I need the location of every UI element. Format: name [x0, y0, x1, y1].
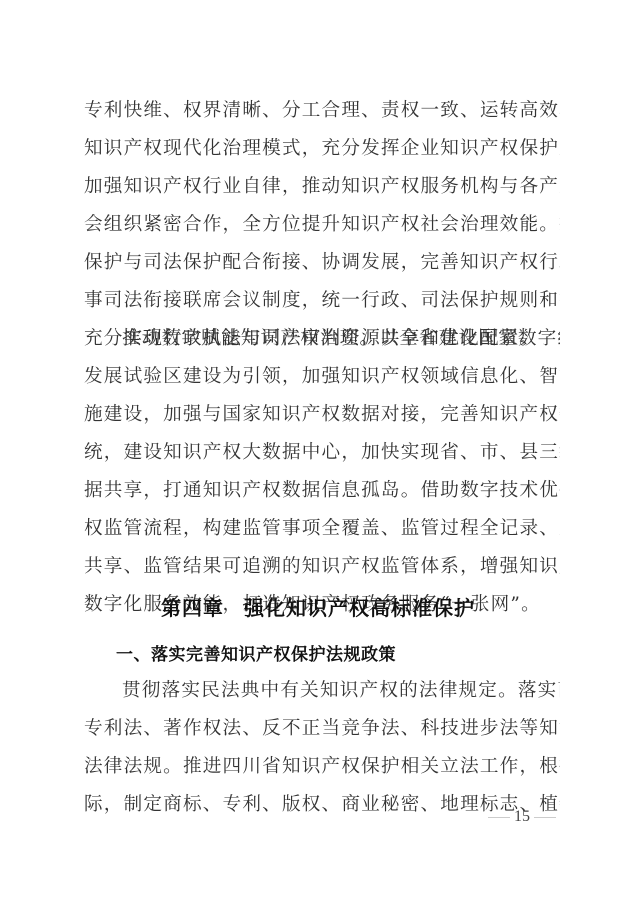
- text-line: 加强知识产权行业自律，推动知识产权服务机构与各产业、行业协: [84, 168, 560, 206]
- text-line: 会组织紧密合作，全方位提升知识产权社会治理效能。推动行政: [84, 206, 560, 244]
- text-line: 共享、监管结果可追溯的知识产权监管体系，增强知识产权: [84, 548, 560, 586]
- paragraph-governance-model: 专利快维、权界清晰、分工合理、责权一致、运转高效、法治保障的 知识产权现代化治理…: [84, 92, 560, 358]
- text-line: 法律法规。推进四川省知识产权保护相关立法工作，根据四川实: [84, 748, 560, 786]
- text-line: 推动数字赋能知识产权治理。以全省建设国家数字经济创新: [84, 320, 560, 358]
- page-number: 15: [484, 808, 560, 826]
- text-line: 施建设，加强与国家知识产权数据对接，完善知识产权数据分析系: [84, 396, 560, 434]
- document-page: 专利快维、权界清晰、分工合理、责权一致、运转高效、法治保障的 知识产权现代化治理…: [0, 0, 636, 900]
- text-line: 发展试验区建设为引领，加强知识产权领域信息化、智能化基础设: [84, 358, 560, 396]
- text-line: 知识产权现代化治理模式，充分发挥企业知识产权保护主体作用、: [84, 130, 560, 168]
- chapter-heading: 第四章强化知识产权高标准保护: [0, 592, 636, 621]
- text-line: 权监管流程，构建监管事项全覆盖、监管过程全记录、监管数据可: [84, 510, 560, 548]
- text-line: 贯彻落实民法典中有关知识产权的法律规定。落实商标法、: [84, 672, 560, 710]
- text-line: 专利快维、权界清晰、分工合理、责权一致、运转高效、法治保障的: [84, 92, 560, 130]
- text-line: 据共享，打通知识产权数据信息孤岛。借助数字技术优化知识产: [84, 472, 560, 510]
- text-line: 事司法衔接联席会议制度，统一行政、司法保护规则和执法标准，: [84, 282, 560, 320]
- paragraph-digital-empowerment: 推动数字赋能知识产权治理。以全省建设国家数字经济创新 发展试验区建设为引领，加强…: [84, 320, 560, 624]
- text-line: 保护与司法保护配合衔接、协调发展，完善知识产权行政执法与刑: [84, 244, 560, 282]
- chapter-number: 第四章: [161, 596, 224, 620]
- paragraph-legal-implementation: 贯彻落实民法典中有关知识产权的法律规定。落实商标法、 专利法、著作权法、反不正当…: [84, 672, 560, 824]
- chapter-title: 强化知识产权高标准保护: [244, 596, 475, 620]
- section-heading: 一、落实完善知识产权保护法规政策: [116, 640, 396, 665]
- text-line: 统，建设知识产权大数据中心，加快实现省、市、县三级知识产权数: [84, 434, 560, 472]
- text-line: 专利法、著作权法、反不正当竞争法、科技进步法等知识产权领域: [84, 710, 560, 748]
